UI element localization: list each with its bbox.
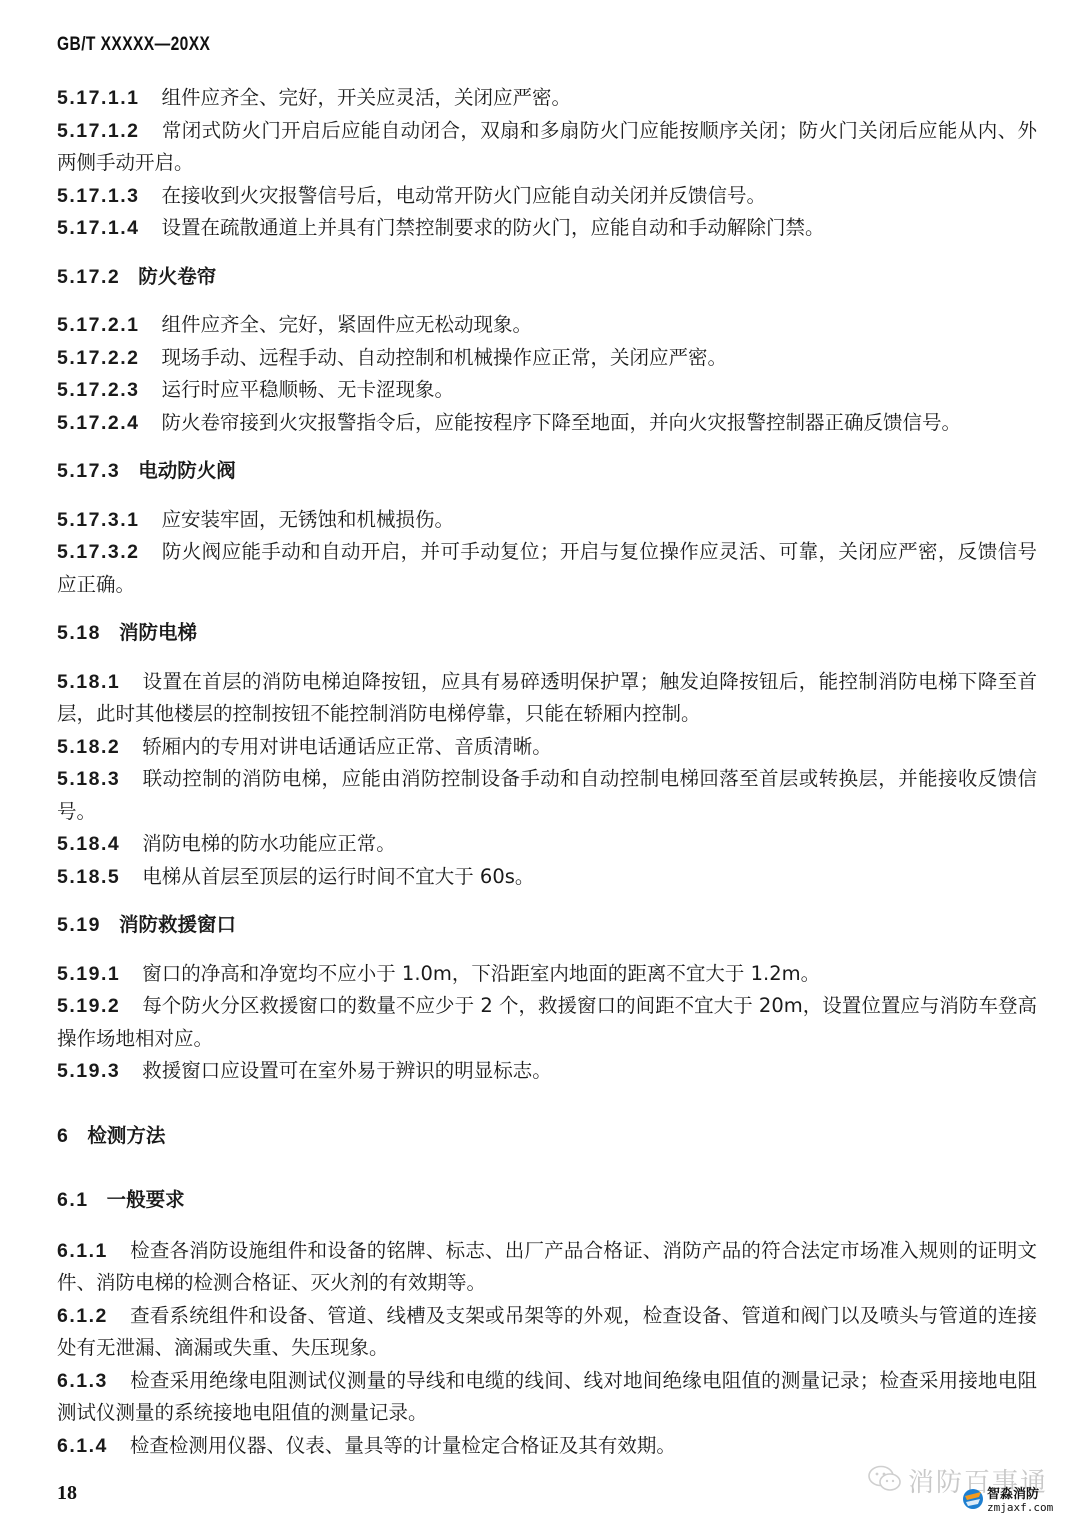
clause-5-19-3: 5.19.3救援窗口应设置可在室外易于辨识的明显标志。	[57, 1055, 1037, 1088]
standard-code-header: GB/T XXXXX—20XX	[57, 34, 210, 56]
document-body: 5.17.1.1组件应齐全、完好，开关应灵活，关闭应严密。 5.17.1.2常闭…	[57, 82, 1037, 1462]
heading-number: 5.17.3	[57, 460, 120, 482]
heading-6: 6检测方法	[57, 1120, 1037, 1153]
clause-6-1-3: 6.1.3检查采用绝缘电阻测试仪测量的导线和电缆的线间、线对地间绝缘电阻值的测量…	[57, 1365, 1037, 1430]
clause-text: 现场手动、远程手动、自动控制和机械操作应正常，关闭应严密。	[161, 346, 727, 369]
clause-text: 每个防火分区救援窗口的数量不应少于 2 个，救援窗口的间距不宜大于 20m，设置…	[57, 994, 1037, 1050]
brand-logo-icon	[962, 1488, 984, 1514]
clause-number: 6.1.2	[57, 1305, 108, 1327]
clause-5-17-1-1: 5.17.1.1组件应齐全、完好，开关应灵活，关闭应严密。	[57, 82, 1037, 115]
clause-text: 轿厢内的专用对讲电话通话应正常、音质清晰。	[142, 735, 552, 758]
heading-5-17-3: 5.17.3电动防火阀	[57, 455, 1037, 488]
heading-5-19: 5.19消防救援窗口	[57, 909, 1037, 942]
clause-5-18-1: 5.18.1设置在首层的消防电梯迫降按钮，应具有易碎透明保护罩；触发迫降按钮后，…	[57, 666, 1037, 731]
clause-number: 5.17.2.4	[57, 412, 139, 434]
clause-text: 应安装牢固，无锈蚀和机械损伤。	[161, 508, 454, 531]
clause-5-18-5: 5.18.5电梯从首层至顶层的运行时间不宜大于 60s。	[57, 861, 1037, 894]
clause-number: 5.17.1.2	[57, 120, 139, 142]
clause-number: 6.1.1	[57, 1240, 108, 1262]
clause-text: 组件应齐全、完好，紧固件应无松动现象。	[161, 313, 532, 336]
heading-title: 检测方法	[87, 1124, 165, 1147]
heading-number: 6	[57, 1125, 69, 1147]
clause-6-1-1: 6.1.1检查各消防设施组件和设备的铭牌、标志、出厂产品合格证、消防产品的符合法…	[57, 1235, 1037, 1300]
clause-text: 在接收到火灾报警信号后，电动常开防火门应能自动关闭并反馈信号。	[161, 184, 766, 207]
heading-6-1: 6.1一般要求	[57, 1184, 1037, 1217]
clause-text: 防火卷帘接到火灾报警指令后，应能按程序下降至地面，并向火灾报警控制器正确反馈信号…	[161, 411, 961, 434]
clause-5-17-1-2: 5.17.1.2常闭式防火门开启后应能自动闭合，双扇和多扇防火门应能按顺序关闭；…	[57, 115, 1037, 180]
page-number: 18	[57, 1482, 77, 1505]
clause-5-17-1-3: 5.17.1.3在接收到火灾报警信号后，电动常开防火门应能自动关闭并反馈信号。	[57, 180, 1037, 213]
clause-number: 5.18.2	[57, 736, 120, 758]
clause-5-19-2: 5.19.2每个防火分区救援窗口的数量不应少于 2 个，救援窗口的间距不宜大于 …	[57, 990, 1037, 1055]
clause-number: 5.18.4	[57, 833, 120, 855]
clause-5-19-1: 5.19.1窗口的净高和净宽均不应小于 1.0m，下沿距室内地面的距离不宜大于 …	[57, 958, 1037, 991]
clause-number: 5.18.1	[57, 671, 120, 693]
heading-title: 消防电梯	[119, 621, 197, 644]
brand-name: 智淼消防	[987, 1488, 1053, 1502]
clause-number: 5.17.1.4	[57, 217, 139, 239]
clause-number: 5.18.5	[57, 866, 120, 888]
clause-5-17-2-2: 5.17.2.2现场手动、远程手动、自动控制和机械操作应正常，关闭应严密。	[57, 342, 1037, 375]
clause-number: 5.19.2	[57, 995, 120, 1017]
clause-number: 5.19.3	[57, 1060, 120, 1082]
clause-text: 运行时应平稳顺畅、无卡涩现象。	[161, 378, 454, 401]
clause-text: 检查检测用仪器、仪表、量具等的计量检定合格证及其有效期。	[130, 1434, 676, 1457]
clause-number: 5.17.3.2	[57, 541, 139, 563]
clause-5-17-2-4: 5.17.2.4防火卷帘接到火灾报警指令后，应能按程序下降至地面，并向火灾报警控…	[57, 407, 1037, 440]
clause-text: 防火阀应能手动和自动开启，并可手动复位；开启与复位操作应灵活、可靠，关闭应严密，…	[57, 540, 1037, 596]
clause-number: 6.1.3	[57, 1370, 108, 1392]
clause-6-1-2: 6.1.2查看系统组件和设备、管道、线槽及支架或吊架等的外观，检查设备、管道和阀…	[57, 1300, 1037, 1365]
clause-5-17-3-1: 5.17.3.1应安装牢固，无锈蚀和机械损伤。	[57, 504, 1037, 537]
clause-5-18-2: 5.18.2轿厢内的专用对讲电话通话应正常、音质清晰。	[57, 731, 1037, 764]
heading-number: 6.1	[57, 1189, 89, 1211]
clause-text: 设置在疏散通道上并具有门禁控制要求的防火门，应能自动和手动解除门禁。	[161, 216, 824, 239]
heading-title: 一般要求	[107, 1188, 185, 1211]
clause-5-18-3: 5.18.3联动控制的消防电梯，应能由消防控制设备手动和自动控制电梯回落至首层或…	[57, 763, 1037, 828]
clause-5-17-1-4: 5.17.1.4设置在疏散通道上并具有门禁控制要求的防火门，应能自动和手动解除门…	[57, 212, 1037, 245]
clause-number: 5.18.3	[57, 768, 120, 790]
clause-number: 5.17.1.3	[57, 185, 139, 207]
clause-text: 窗口的净高和净宽均不应小于 1.0m，下沿距室内地面的距离不宜大于 1.2m。	[142, 962, 820, 985]
brand-watermark: 智淼消防 zmjaxf.com	[962, 1488, 1053, 1514]
heading-5-18: 5.18消防电梯	[57, 617, 1037, 650]
brand-url: zmjaxf.com	[987, 1502, 1053, 1514]
clause-number: 5.17.2.1	[57, 314, 139, 336]
clause-text: 常闭式防火门开启后应能自动闭合，双扇和多扇防火门应能按顺序关闭；防火门关闭后应能…	[57, 119, 1037, 175]
clause-number: 5.19.1	[57, 963, 120, 985]
clause-text: 消防电梯的防水功能应正常。	[142, 832, 396, 855]
heading-title: 防火卷帘	[138, 265, 216, 288]
clause-number: 6.1.4	[57, 1435, 108, 1457]
clause-text: 电梯从首层至顶层的运行时间不宜大于 60s。	[142, 865, 534, 888]
clause-text: 救援窗口应设置可在室外易于辨识的明显标志。	[142, 1059, 552, 1082]
clause-number: 5.17.1.1	[57, 87, 139, 109]
wechat-icon	[868, 1465, 902, 1497]
clause-5-17-3-2: 5.17.3.2防火阀应能手动和自动开启，并可手动复位；开启与复位操作应灵活、可…	[57, 536, 1037, 601]
clause-text: 联动控制的消防电梯，应能由消防控制设备手动和自动控制电梯回落至首层或转换层，并能…	[57, 767, 1037, 823]
clause-text: 组件应齐全、完好，开关应灵活，关闭应严密。	[161, 86, 571, 109]
clause-text: 查看系统组件和设备、管道、线槽及支架或吊架等的外观，检查设备、管道和阀门以及喷头…	[57, 1304, 1037, 1360]
clause-5-18-4: 5.18.4消防电梯的防水功能应正常。	[57, 828, 1037, 861]
clause-text: 检查采用绝缘电阻测试仪测量的导线和电缆的线间、线对地间绝缘电阻值的测量记录；检查…	[57, 1369, 1037, 1425]
clause-number: 5.17.2.2	[57, 347, 139, 369]
clause-number: 5.17.3.1	[57, 509, 139, 531]
heading-5-17-2: 5.17.2防火卷帘	[57, 261, 1037, 294]
heading-title: 电动防火阀	[138, 459, 236, 482]
heading-number: 5.18	[57, 622, 101, 644]
heading-number: 5.19	[57, 914, 101, 936]
clause-5-17-2-1: 5.17.2.1组件应齐全、完好，紧固件应无松动现象。	[57, 309, 1037, 342]
clause-number: 5.17.2.3	[57, 379, 139, 401]
heading-number: 5.17.2	[57, 266, 120, 288]
clause-text: 设置在首层的消防电梯迫降按钮，应具有易碎透明保护罩；触发迫降按钮后，能控制消防电…	[57, 670, 1037, 726]
heading-title: 消防救援窗口	[119, 913, 236, 936]
clause-6-1-4: 6.1.4检查检测用仪器、仪表、量具等的计量检定合格证及其有效期。	[57, 1430, 1037, 1463]
clause-5-17-2-3: 5.17.2.3运行时应平稳顺畅、无卡涩现象。	[57, 374, 1037, 407]
clause-text: 检查各消防设施组件和设备的铭牌、标志、出厂产品合格证、消防产品的符合法定市场准入…	[57, 1239, 1037, 1295]
